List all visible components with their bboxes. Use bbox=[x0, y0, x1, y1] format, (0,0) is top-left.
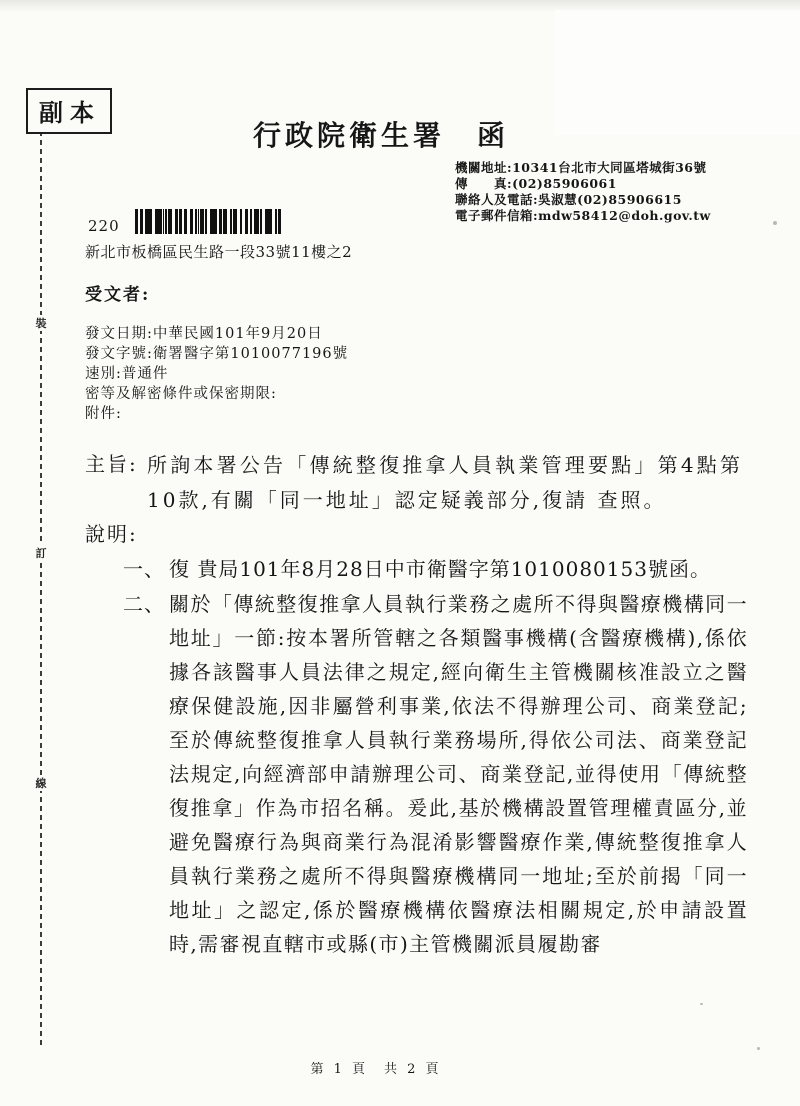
document-title: 行政院衛生署 函 bbox=[253, 114, 509, 154]
document-meta-block: 發文日期:中華民國101年9月20日 發文字號:衛署醫字第1010077196號… bbox=[85, 324, 348, 424]
barcode bbox=[135, 209, 281, 234]
item-1-number: 一、 bbox=[123, 553, 169, 582]
reference-number-line: 發文字號:衛署醫字第1010077196號 bbox=[85, 344, 348, 364]
item-2-number: 二、 bbox=[123, 587, 169, 961]
priority-line: 速別:普通件 bbox=[85, 364, 348, 384]
subject-text: 所詢本署公告「傳統整復推拿人員執業管理要點」第4點第10款,有關「同一地址」認定… bbox=[147, 448, 743, 518]
copy-stamp-label: 副本 bbox=[39, 98, 101, 127]
item-1-text: 復 貴局101年8月28日中市衛醫字第1010080153號函。 bbox=[169, 553, 711, 582]
copy-stamp: 副本 bbox=[26, 88, 112, 134]
subject-section: 主旨: 所詢本署公告「傳統整復推拿人員執業管理要點」第4點第10款,有關「同一地… bbox=[85, 448, 743, 518]
postal-code: 220 bbox=[88, 217, 120, 235]
binding-mark-ding: 訂 bbox=[34, 545, 48, 561]
classification-line: 密等及解密條件或保密期限: bbox=[85, 384, 348, 404]
subject-label: 主旨: bbox=[85, 448, 147, 518]
agency-contact-block: 機關地址:10341台北市大同區塔城街36號 傳 真:(02)85906061 … bbox=[455, 160, 711, 224]
item-2-text: 關於「傳統整復推拿人員執行業務之處所不得與醫療機構同一地址」一節:按本署所管轄之… bbox=[169, 587, 748, 961]
scan-artifact-patch bbox=[555, 10, 800, 135]
explanation-item-1: 一、 復 貴局101年8月28日中市衛醫字第1010080153號函。 bbox=[123, 553, 711, 582]
addressee-label: 受文者: bbox=[85, 280, 150, 305]
attachment-line: 附件: bbox=[85, 404, 348, 424]
explanation-label: 說明: bbox=[85, 518, 138, 547]
scan-speck bbox=[773, 221, 777, 225]
agency-address-line: 機關地址:10341台北市大同區塔城街36號 bbox=[455, 160, 711, 176]
agency-email-line: 電子郵件信箱:mdw58412@doh.gov.tw bbox=[455, 208, 711, 224]
explanation-item-2: 二、 關於「傳統整復推拿人員執行業務之處所不得與醫療機構同一地址」一節:按本署所… bbox=[123, 587, 748, 961]
recipient-address: 新北市板橋區民生路一段33號11樓之2 bbox=[85, 241, 352, 262]
scan-speck bbox=[757, 1047, 760, 1050]
binding-mark-zhuang: 裝 bbox=[34, 315, 48, 331]
binding-mark-xian: 線 bbox=[34, 775, 48, 791]
binding-line bbox=[40, 122, 42, 1047]
issue-date-line: 發文日期:中華民國101年9月20日 bbox=[85, 324, 348, 344]
page-number: 第 1 頁 共 2 頁 bbox=[0, 1058, 752, 1077]
scanned-letter-page: 副本 裝 訂 線 行政院衛生署 函 機關地址:10341台北市大同區塔城街36號… bbox=[0, 0, 800, 1106]
agency-fax-line: 傳 真:(02)85906061 bbox=[455, 176, 711, 192]
scan-speck bbox=[700, 1003, 703, 1005]
agency-phone-line: 聯絡人及電話:吳淑慧(02)85906615 bbox=[455, 192, 711, 208]
